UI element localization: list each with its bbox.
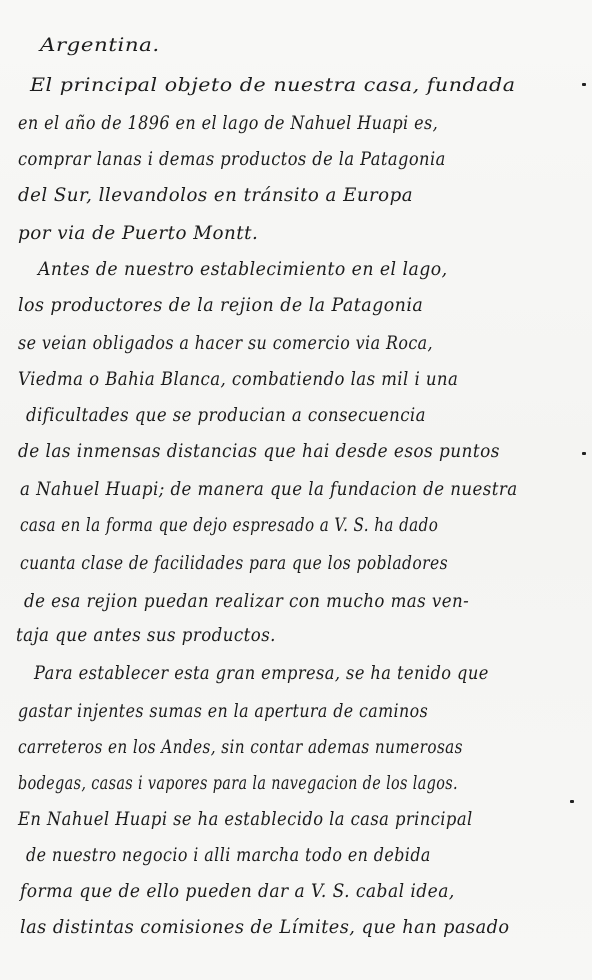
- manuscript-line: Viedma o Bahia Blanca, combatiendo las m…: [18, 368, 458, 390]
- margin-ink-dot: [582, 452, 586, 455]
- manuscript-line: los productores de la rejion de la Patag…: [18, 294, 423, 316]
- manuscript-line: Argentina.: [40, 34, 160, 56]
- manuscript-line: se veian obligados a hacer su comercio v…: [18, 332, 433, 354]
- manuscript-line: de esa rejion puedan realizar con mucho …: [24, 590, 469, 612]
- manuscript-line: en el año de 1896 en el lago de Nahuel H…: [18, 112, 438, 134]
- manuscript-line: de nuestro negocio i alli marcha todo en…: [26, 844, 431, 866]
- margin-ink-dot: [582, 83, 586, 86]
- manuscript-page: Argentina.El principal objeto de nuestra…: [0, 0, 592, 980]
- manuscript-line: por via de Puerto Montt.: [18, 222, 258, 244]
- manuscript-line: El principal objeto de nuestra casa, fun…: [30, 74, 516, 96]
- manuscript-line: carreteros en los Andes, sin contar adem…: [18, 736, 463, 758]
- manuscript-line: taja que antes sus productos.: [16, 624, 276, 646]
- manuscript-line: las distintas comisiones de Límites, que…: [20, 916, 510, 938]
- manuscript-line: casa en la forma que dejo espresado a V.…: [20, 514, 438, 536]
- manuscript-line: En Nahuel Huapi se ha establecido la cas…: [18, 808, 473, 830]
- manuscript-line: del Sur, llevandolos en tránsito a Europ…: [18, 184, 413, 206]
- manuscript-line: bodegas, casas i vapores para la navegac…: [18, 772, 458, 794]
- manuscript-line: de las inmensas distancias que hai desde…: [18, 440, 500, 462]
- manuscript-line: dificultades que se producian a consecue…: [26, 404, 426, 426]
- manuscript-line: gastar injentes sumas en la apertura de …: [18, 700, 428, 722]
- manuscript-line: forma que de ello pueden dar a V. S. cab…: [20, 880, 455, 902]
- manuscript-line: Antes de nuestro establecimiento en el l…: [38, 258, 448, 280]
- manuscript-line: comprar lanas i demas productos de la Pa…: [18, 148, 446, 170]
- manuscript-line: Para establecer esta gran empresa, se ha…: [34, 662, 489, 684]
- manuscript-line: a Nahuel Huapi; de manera que la fundaci…: [20, 478, 518, 500]
- margin-ink-dot: [570, 800, 574, 803]
- manuscript-line: cuanta clase de facilidades para que los…: [20, 552, 448, 574]
